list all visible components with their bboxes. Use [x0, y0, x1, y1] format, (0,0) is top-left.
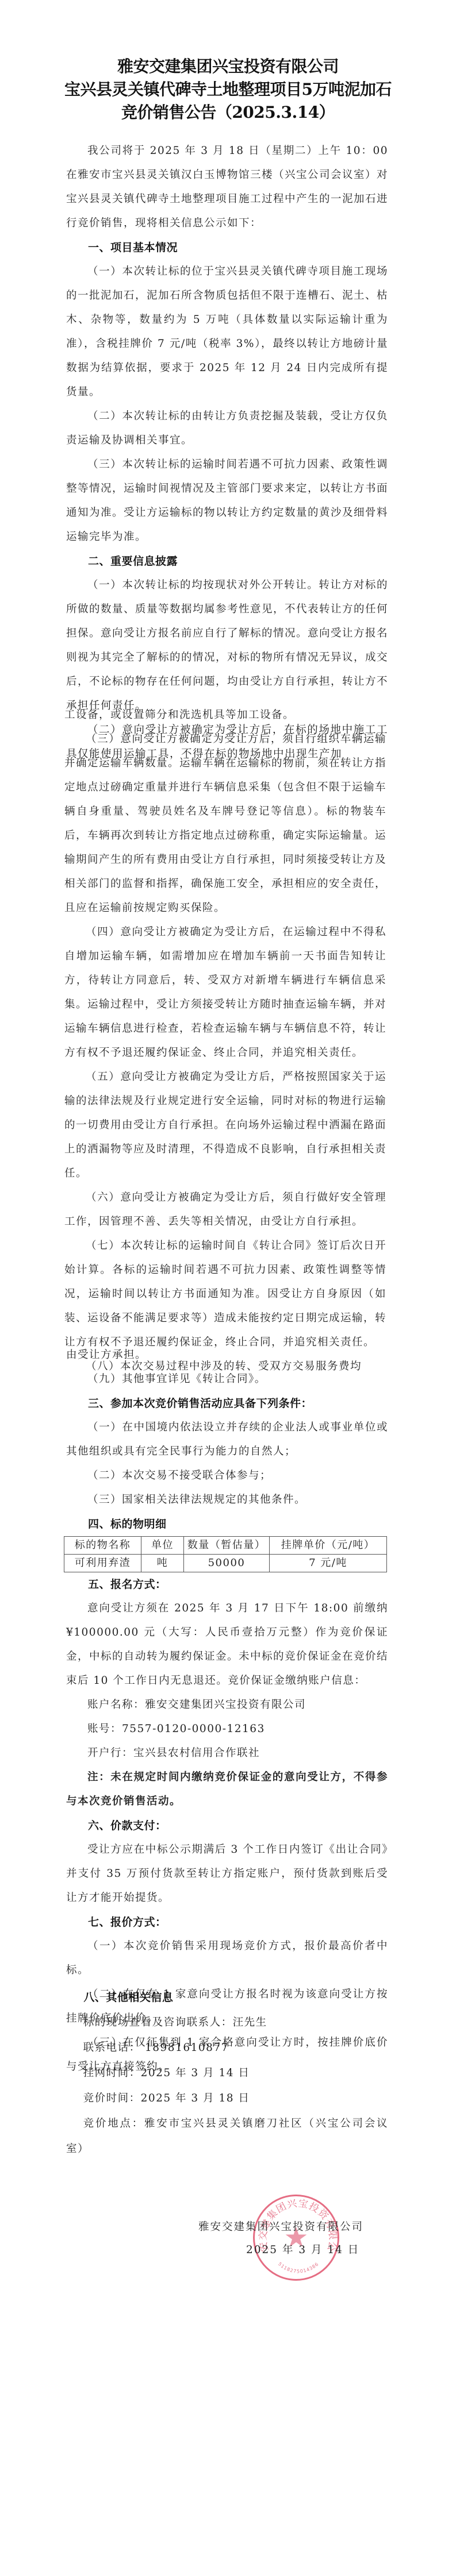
section2-item-4: （四）意向受让方被确定为受让方后，在运输过程中不得私自增加运输车辆，如需增加应在…	[64, 920, 386, 1065]
page3-body: 由受让方承担。 （九）其他事宜详见《转让合同》。 三、参加本次竞价销售活动应具备…	[66, 1343, 388, 2079]
section6-body: 受让方应在中标公示期满后 3 个工作日内签订《出让合同》并支付 35 万预付货款…	[66, 1838, 388, 1910]
table-cell: 吨	[141, 1555, 184, 1572]
contact-phone: 联系电话： 18981610877	[66, 2035, 388, 2061]
intro-paragraph: 我公司将于 2025 年 3 月 18 日（星期二）上午 10：00 在雅安市宝…	[66, 139, 388, 236]
table-row: 可利用弃渣 吨 50000 7 元/吨	[64, 1555, 387, 1572]
table-header-row: 标的物名称 单位 数量（暂估量） 挂牌单价（元/吨）	[64, 1537, 387, 1555]
account-number: 账号：7557-0120-0000-12163	[66, 1717, 388, 1741]
section2-item-6: （六）意向受让方被确定为受让方后，须自行做好安全管理工作，因管理不善、丢失等相关…	[64, 1186, 386, 1234]
section1-item-1: （一）本次转让标的位于宝兴县灵关镇代碑寺项目施工现场的一批泥加石，泥加石所含物质…	[66, 260, 388, 404]
section2-item-9: （九）其他事宜详见《转让合同》。	[66, 1367, 388, 1391]
section7-heading: 七、报价方式：	[66, 1910, 388, 1934]
bid-time: 竞价时间：2025 年 3 月 18 日	[66, 2086, 388, 2111]
section6-heading: 六、价款支付：	[66, 1814, 388, 1838]
table-header-cell: 标的物名称	[64, 1537, 141, 1555]
section3-item-2: （二）本次交易不接受联合体参与；	[66, 1464, 388, 1488]
table-cell: 7 元/吨	[270, 1555, 387, 1572]
title-company: 雅安交建集团兴宝投资有限公司	[0, 55, 456, 78]
section3-item-3: （三）国家相关法律法规规定的其他条件。	[66, 1488, 388, 1512]
page1-body: 我公司将于 2025 年 3 月 18 日（星期二）上午 10：00 在雅安市宝…	[66, 139, 388, 766]
section4-heading: 四、标的物明细	[66, 1512, 388, 1536]
section1-item-2: （二）本次转让标的由转让方负责挖掘及装载，受让方仅负责运输及协调相关事宜。	[66, 404, 388, 453]
svg-text:5118275014386: 5118275014386	[277, 2261, 320, 2274]
section2-heading: 二、重要信息披露	[66, 549, 388, 573]
section3-heading: 三、参加本次竞价销售活动应具备下列条件：	[66, 1391, 388, 1416]
account-name: 账户名称：雅安交建集团兴宝投资有限公司	[66, 1693, 388, 1717]
title-notice: 竞价销售公告（2025.3.14）	[0, 101, 456, 124]
table-cell: 可利用弃渣	[64, 1555, 141, 1572]
section1-heading: 一、项目基本情况	[66, 236, 388, 260]
section2-item-8-cont: 由受让方承担。	[66, 1343, 388, 1367]
section7-item-1: （一）本次竞价销售采用现场竞价方式，报价最高价者中标。	[66, 1934, 388, 1983]
section2-item-2-cont: 工设备，或设置筛分和洗选机具等加工设备。	[64, 703, 386, 727]
post-time: 挂网时间：2025 年 3 月 14 日	[66, 2061, 388, 2086]
section2-item-7: （七）本次转让标的运输时间自《转让合同》签订后次日开始计算。各标的运输时间若遇不…	[64, 1234, 386, 1355]
section2-item-1: （一）本次转让标的均按现状对外公开转让。转让方对标的所做的数量、质量等数据均属参…	[66, 573, 388, 718]
table-header-cell: 数量（暂估量）	[184, 1537, 270, 1555]
section5-heading: 五、报名方式：	[66, 1572, 388, 1596]
section5-body: 意向受让方须在 2025 年 3 月 17 日下午 18:00 前缴纳¥1000…	[66, 1596, 388, 1693]
account-bank: 开户行：宝兴县农村信用合作联社	[66, 1741, 388, 1765]
contact-person: 标的现场查看及咨询联系人：汪先生	[66, 2010, 388, 2035]
company-seal: 雅安交建集团兴宝投资有限公司 5118275014386 ★	[253, 2195, 339, 2281]
table-cell: 50000	[184, 1555, 270, 1572]
section3-item-1: （一）在中国境内依法设立并存续的企业法人或事业单位或其他组织或具有完全民事行为能…	[66, 1416, 388, 1464]
page4-body: 八、其他相关信息 标的现场查看及咨询联系人：汪先生 联系电话： 18981610…	[66, 1985, 388, 2162]
signature-company: 雅安交建集团兴宝投资有限公司	[198, 2219, 363, 2234]
items-table: 标的物名称 单位 数量（暂估量） 挂牌单价（元/吨） 可利用弃渣 吨 50000…	[64, 1536, 387, 1572]
page2-body: 工设备，或设置筛分和洗选机具等加工设备。 （三）意向受让方被确定为受让方后，须自…	[64, 703, 386, 1379]
signature-date: 2025 年 3 月 14 日	[246, 2242, 359, 2257]
deposit-note: 注：未在规定时间内缴纳竞价保证金的意向受让方，不得参与本次竞价销售活动。	[66, 1765, 388, 1814]
document-title: 雅安交建集团兴宝投资有限公司 宝兴县灵关镇代碑寺土地整理项目5万吨泥加石 竞价销…	[0, 55, 456, 124]
bid-place: 竞价地点：雅安市宝兴县灵关镇磨刀社区（兴宝公司会议室）	[66, 2111, 388, 2162]
title-project: 宝兴县灵关镇代碑寺土地整理项目5万吨泥加石	[0, 78, 456, 101]
section1-item-3: （三）本次转让标的运输时间若遇不可抗力因素、政策性调整等情况，运输时间视情况及主…	[66, 453, 388, 549]
section2-item-5: （五）意向受让方被确定为受让方后，严格按照国家关于运输的法律法规及行业规定进行安…	[64, 1065, 386, 1186]
section8-heading: 八、其他相关信息	[66, 1985, 388, 2010]
section2-item-3: （三）意向受让方被确定为受让方后，须自行组织车辆运输并确定运输车辆数量。运输车辆…	[64, 727, 386, 920]
table-header-cell: 挂牌单价（元/吨）	[270, 1537, 387, 1555]
table-header-cell: 单位	[141, 1537, 184, 1555]
